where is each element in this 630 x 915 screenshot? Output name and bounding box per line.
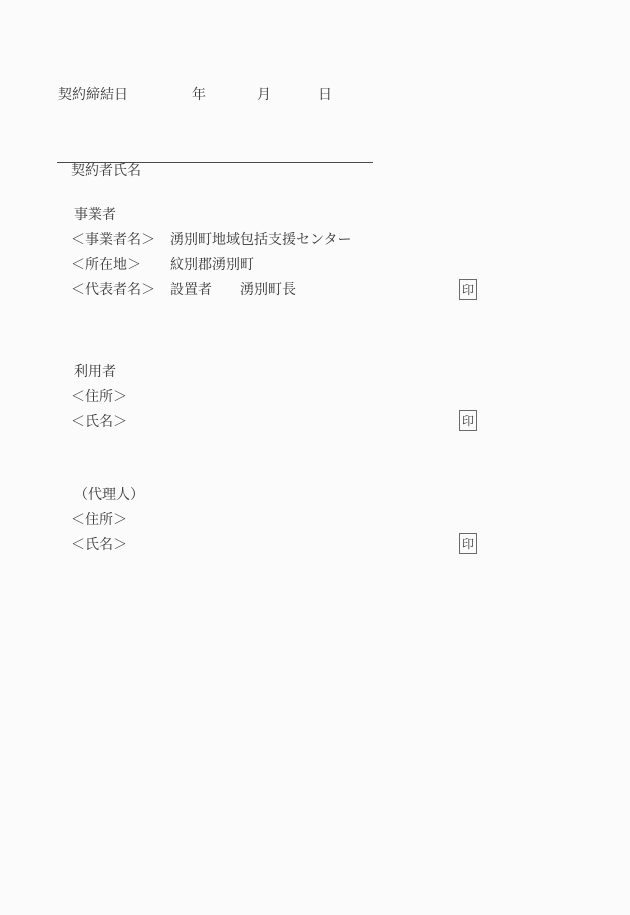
contract-date-label: 契約締結日 (58, 88, 128, 103)
user-seal-mark: 印 (462, 412, 474, 429)
contractor-name-label: 契約者氏名 (71, 164, 141, 179)
provider-seal-box: 印 (459, 279, 477, 300)
user-seal-box: 印 (459, 410, 477, 431)
year-label: 年 (192, 88, 206, 103)
provider-representative-value: 設置者 湧別町長 (170, 283, 296, 298)
provider-name-label: ＜事業者名＞ (71, 233, 155, 248)
user-section-title: 利用者 (74, 365, 116, 380)
provider-name-value: 湧別町地域包括支援センター (170, 233, 351, 248)
agent-section-title: （代理人） (74, 488, 144, 503)
provider-seal-mark: 印 (462, 281, 474, 298)
provider-section-title: 事業者 (74, 208, 116, 223)
user-name-label: ＜氏名＞ (71, 415, 127, 430)
contract-signature-page: 契約締結日 年 月 日 契約者氏名 事業者 ＜事業者名＞ 湧別町地域包括支援セン… (0, 0, 630, 915)
month-label: 月 (257, 88, 271, 103)
agent-seal-box: 印 (459, 533, 477, 554)
agent-name-label: ＜氏名＞ (71, 538, 127, 553)
agent-seal-mark: 印 (462, 535, 474, 552)
user-address-label: ＜住所＞ (71, 390, 127, 405)
provider-representative-label: ＜代表者名＞ (71, 283, 155, 298)
contractor-name-field: 契約者氏名 (57, 144, 373, 163)
provider-address-value: 紋別郡湧別町 (170, 258, 254, 273)
agent-address-label: ＜住所＞ (71, 513, 127, 528)
provider-address-label: ＜所在地＞ (71, 258, 141, 273)
day-label: 日 (318, 88, 332, 103)
